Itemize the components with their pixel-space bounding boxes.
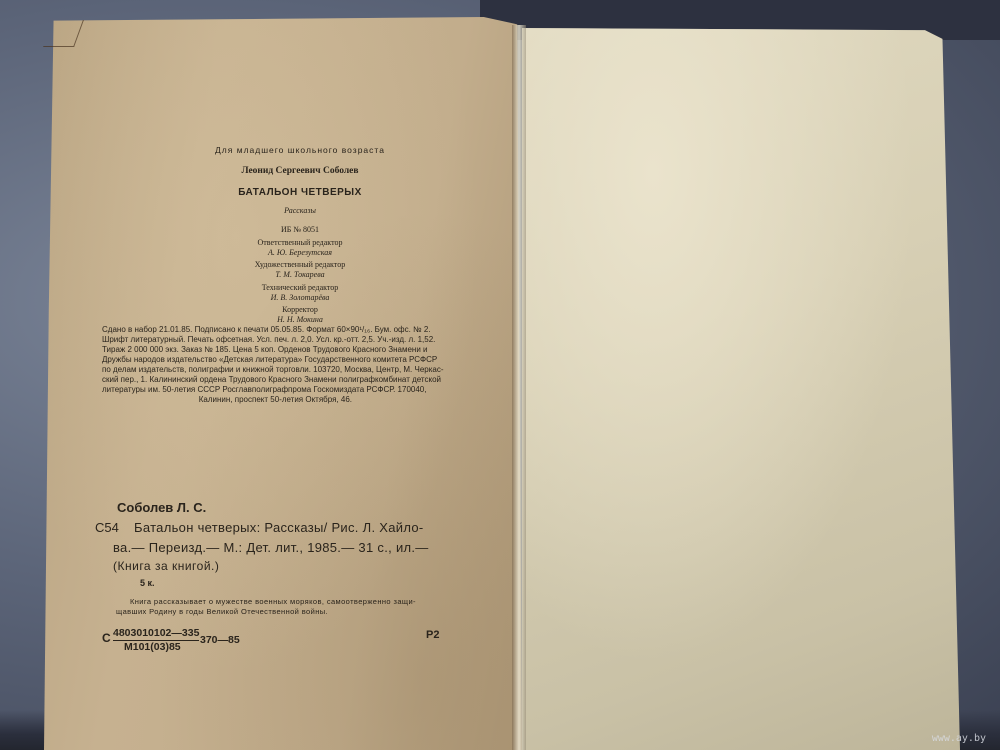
catalog-line-2: ва.— Переизд.— М.: Дет. лит., 1985.— 31 … [113,540,429,555]
book-title: БАТАЛЬОН ЧЕТВЕРЫХ [150,187,450,198]
imprint-line: Калинин, проспект 50-летия Октября, 46. [102,395,482,405]
credit-role-2: Технический редактор [150,283,450,292]
credit-name-2: И. В. Золотарёва [150,293,450,302]
catalog-index: С54 [95,520,119,535]
catalog-line-1: Батальон четверых: Рассказы/ Рис. Л. Хай… [134,520,424,535]
credit-role-0: Ответственный редактор [150,238,450,247]
genre-label: Рассказы [150,206,450,215]
right-page-blank [522,28,960,750]
code-numerator: 4803010102—335 [113,627,199,641]
imprint-line: ский пер., 1. Калининский ордена Трудово… [102,375,482,385]
ib-number: ИБ № 8051 [150,225,450,234]
credit-name-1: Т. М. Токарева [150,270,450,279]
code-prefix: С [102,631,111,645]
credit-name-0: А. Ю. Березутская [150,248,450,257]
catalog-price: 5 к. [140,578,155,588]
audience-label: Для младшего школьного возраста [150,145,450,155]
imprint-line: Шрифт литературный. Печать офсетная. Усл… [102,335,482,345]
catalog-author: Соболев Л. С. [117,500,206,515]
imprint-line: Дружбы народов издательство «Детская лит… [102,355,482,365]
watermark: www.ay.by [932,733,986,744]
imprint-block: Сдано в набор 21.01.85. Подписано к печа… [102,325,482,405]
author-full-name: Леонид Сергеевич Соболев [150,166,450,176]
code-denominator: М101(03)85 [124,641,181,653]
imprint-line: Сдано в набор 21.01.85. Подписано к печа… [102,325,482,335]
imprint-line: по делам издательств, полиграфии и книжн… [102,365,482,375]
imprint-line: Тираж 2 000 000 экз. Заказ № 185. Цена 5… [102,345,482,355]
annotation-line-2: щавших Родину в годы Великой Отечественн… [116,607,328,616]
bbk-code: Р2 [426,629,439,641]
book-spine [512,25,526,750]
code-suffix: 370—85 [200,634,240,646]
credit-role-1: Художественный редактор [150,260,450,269]
credit-role-3: Корректор [150,305,450,314]
catalog-line-3: (Книга за книгой.) [113,559,219,573]
credit-name-3: Н. Н. Мокина [150,315,450,324]
annotation-line-1: Книга рассказывает о мужестве военных мо… [130,597,416,606]
imprint-line: литературы им. 50-летия СССР Росглавполи… [102,385,482,395]
